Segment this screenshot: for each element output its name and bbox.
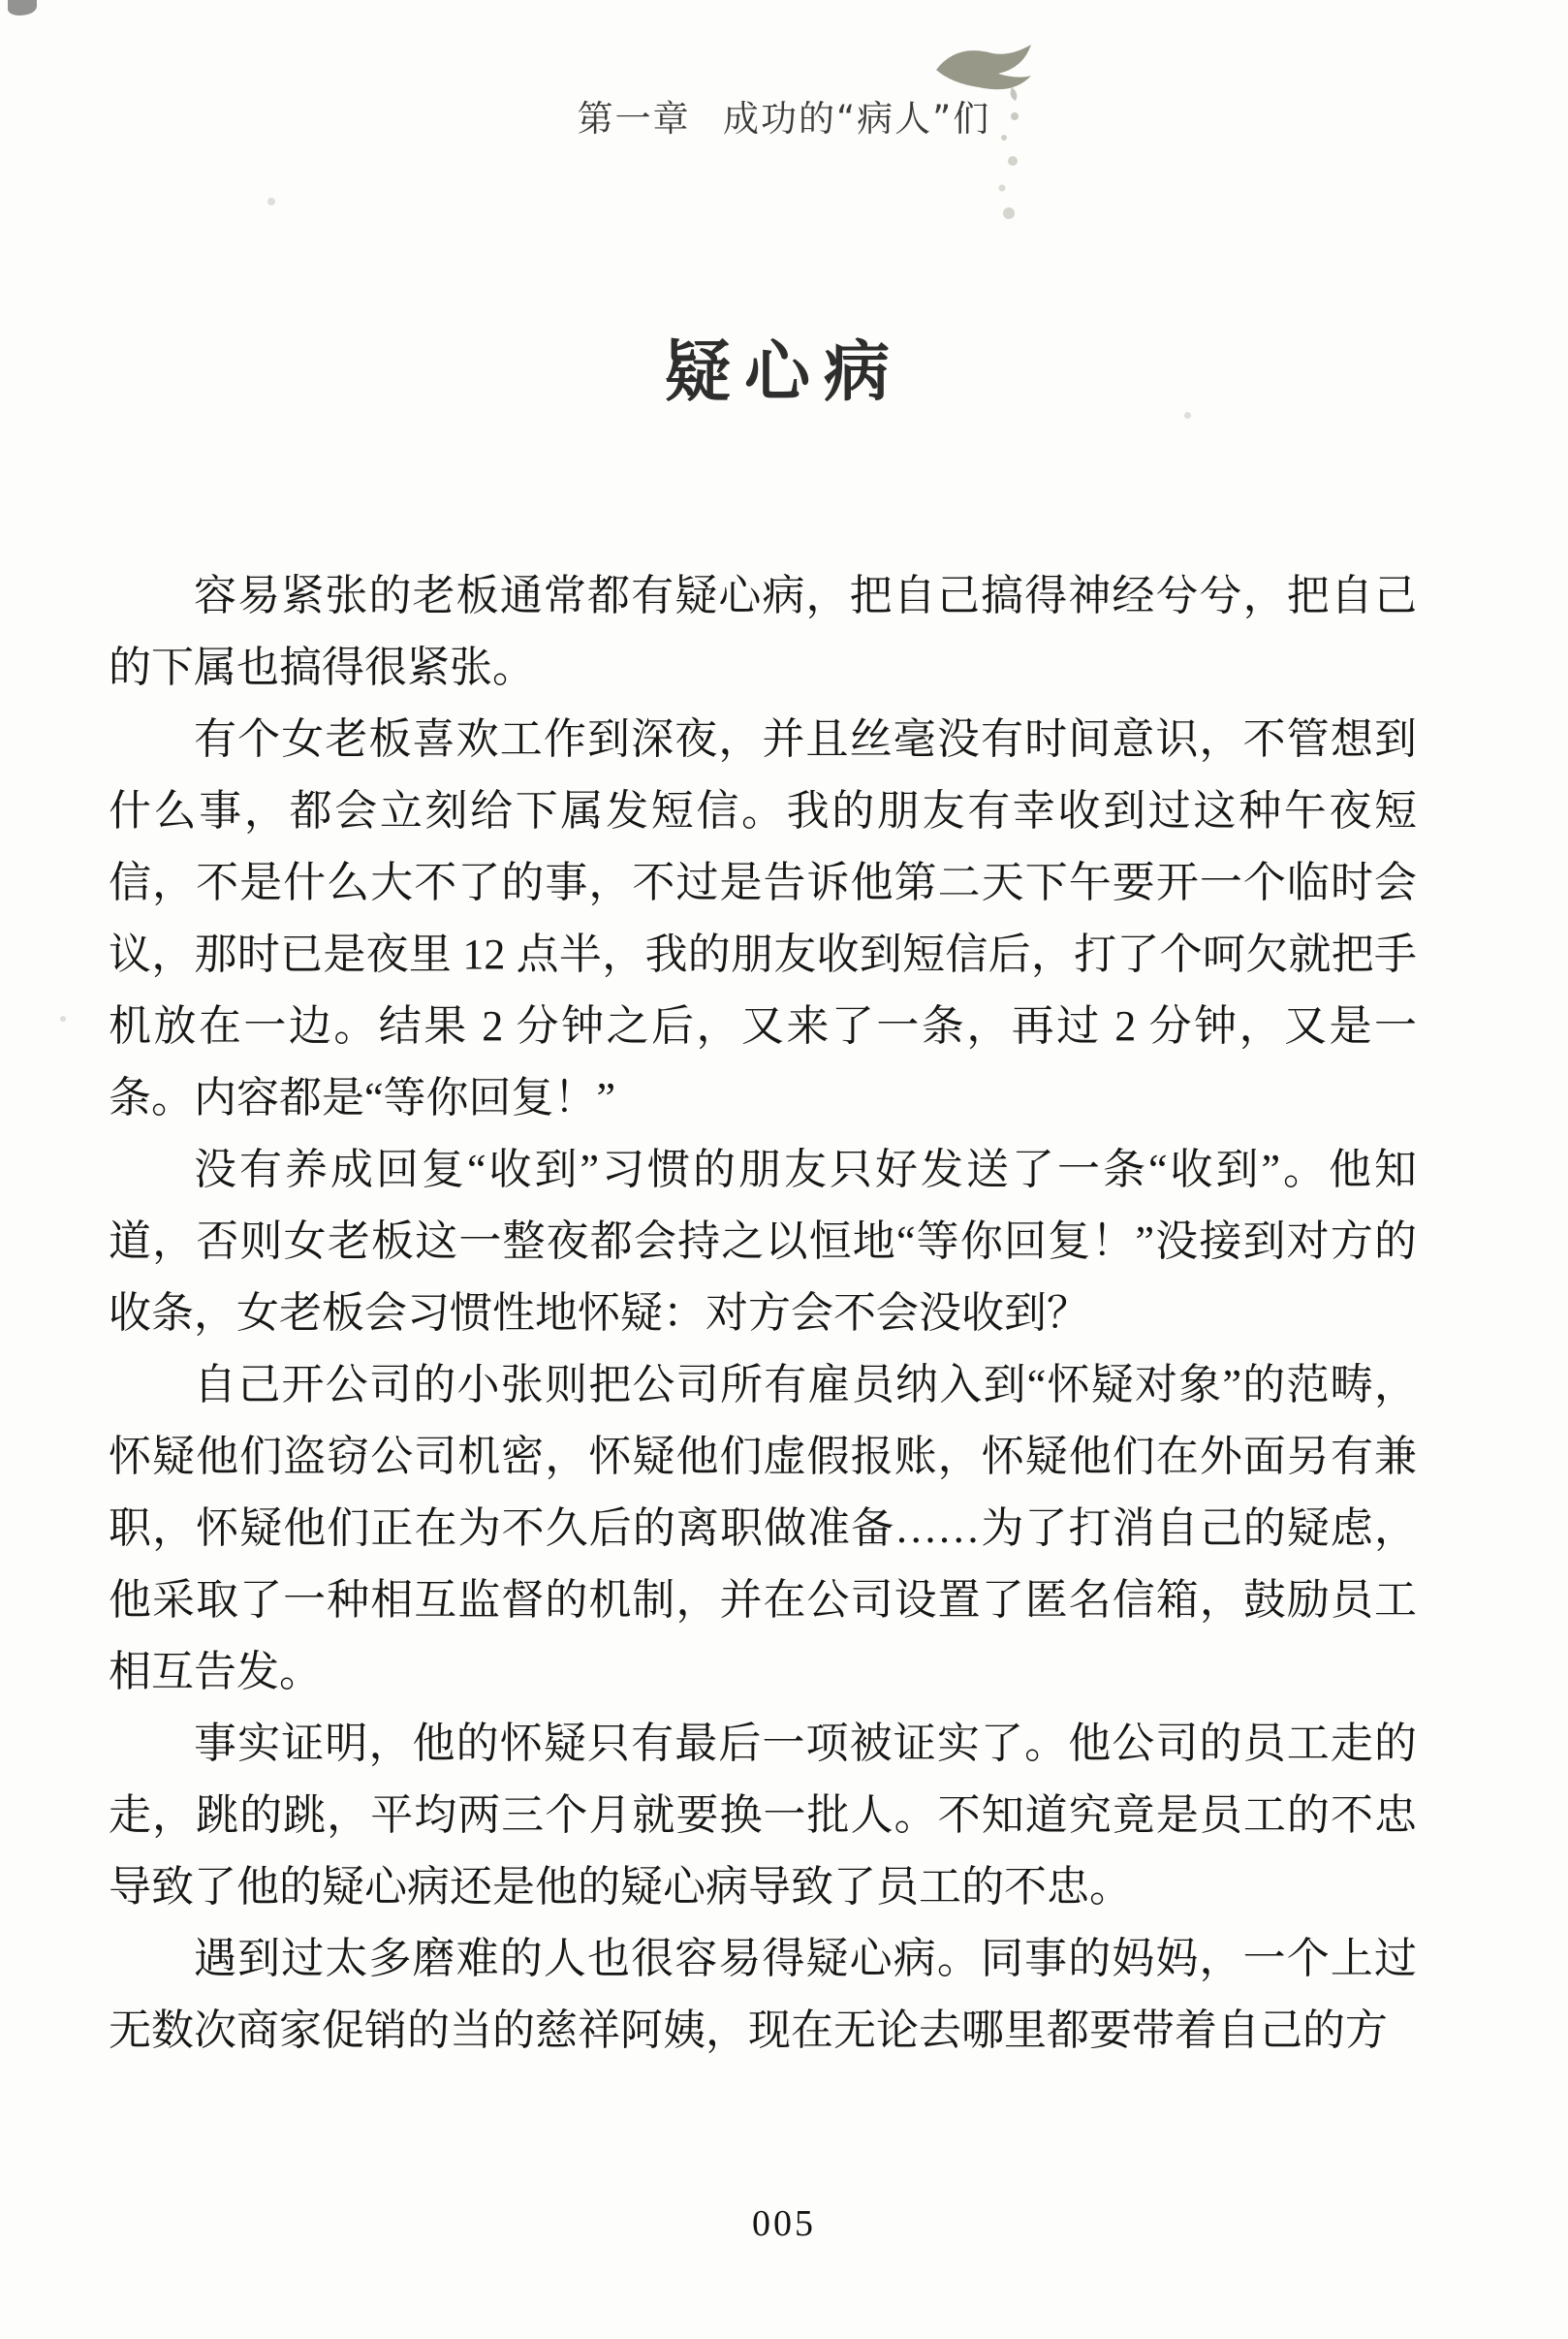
scan-corner-artifact bbox=[8, 0, 37, 16]
scan-speck bbox=[1184, 412, 1191, 419]
paragraph: 容易紧张的老板通常都有疑心病，把自己搞得神经兮兮，把自己的下属也搞得很紧张。 bbox=[109, 560, 1417, 704]
paragraph: 遇到过太多磨难的人也很容易得疑心病。同事的妈妈，一个上过无数次商家促销的当的慈祥… bbox=[109, 1923, 1417, 2067]
scan-speck bbox=[267, 198, 275, 205]
paragraph: 有个女老板喜欢工作到深夜，并且丝毫没有时间意识，不管想到什么事，都会立刻给下属发… bbox=[109, 704, 1417, 1134]
chapter-label: 第一章 bbox=[578, 98, 691, 140]
running-header: 第一章成功的“病人”们 bbox=[0, 89, 1568, 142]
scan-speck bbox=[60, 1016, 66, 1022]
page-number: 005 bbox=[0, 2202, 1568, 2245]
scan-speck bbox=[523, 1518, 530, 1525]
book-page: 第一章成功的“病人”们 疑心病 容易紧张的老板通常都有疑心病，把自己搞得神经兮兮… bbox=[0, 0, 1568, 2339]
paragraph: 没有养成回复“收到”习惯的朋友只好发送了一条“收到”。他知道，否则女老板这一整夜… bbox=[109, 1134, 1417, 1349]
body-text: 容易紧张的老板通常都有疑心病，把自己搞得神经兮兮，把自己的下属也搞得很紧张。 有… bbox=[109, 560, 1417, 2067]
page-title: 疑心病 bbox=[0, 320, 1568, 414]
paragraph: 事实证明，他的怀疑只有最后一项被证实了。他公司的员工走的走，跳的跳，平均两三个月… bbox=[109, 1708, 1417, 1923]
ink-splash-icon bbox=[919, 37, 1054, 240]
paragraph: 自己开公司的小张则把公司所有雇员纳入到“怀疑对象”的范畴，怀疑他们盗窃公司机密，… bbox=[109, 1349, 1417, 1708]
